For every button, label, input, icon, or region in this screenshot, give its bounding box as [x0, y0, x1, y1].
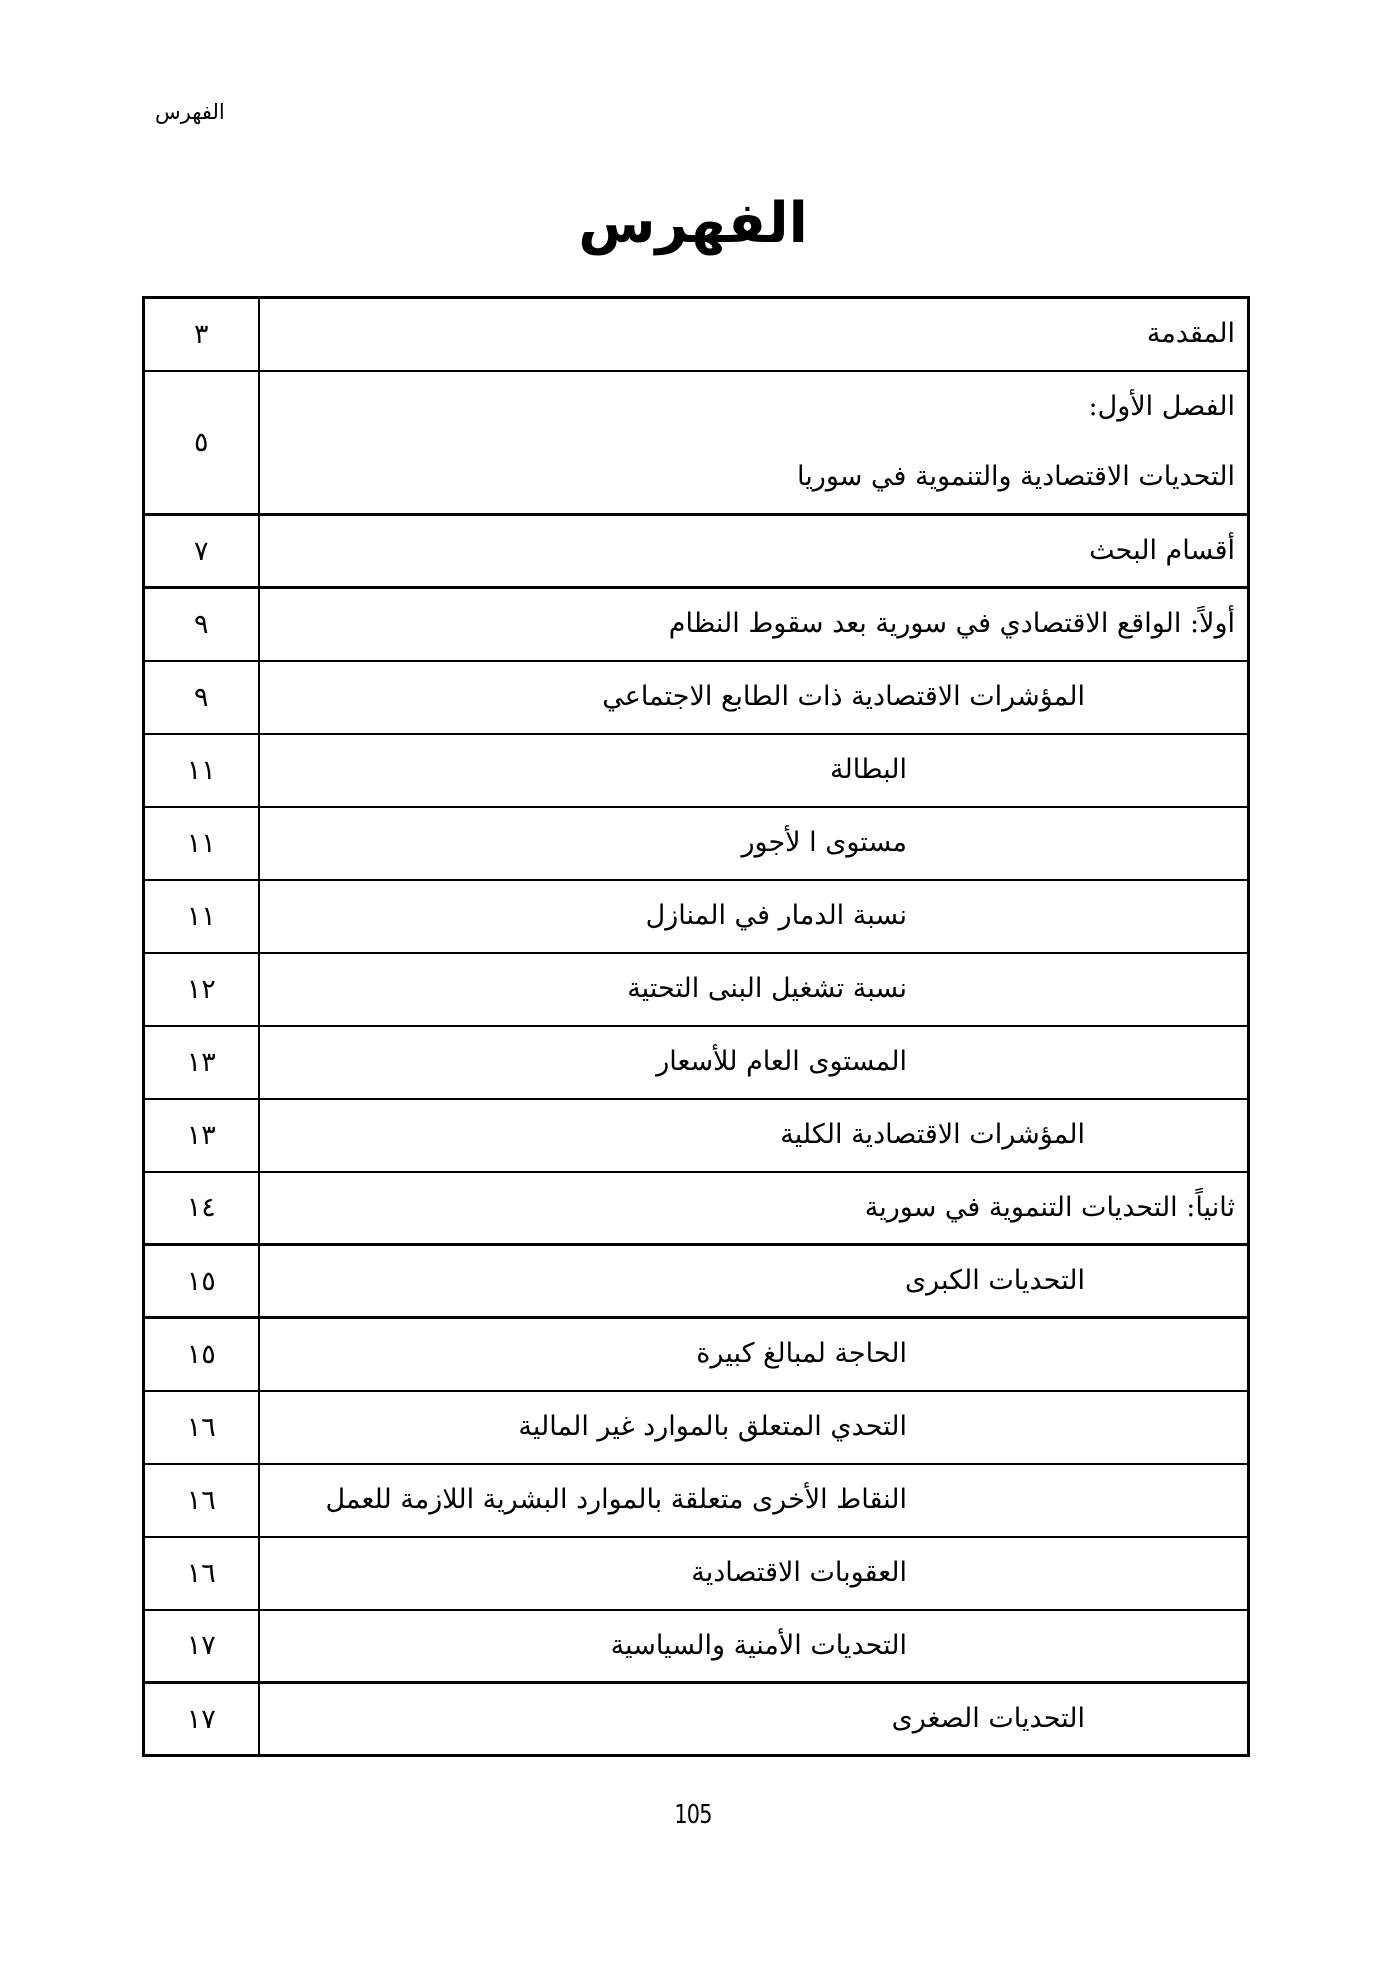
- toc-entry-page: ١٢: [144, 953, 259, 1026]
- toc-entry-page: ٥: [144, 371, 259, 515]
- toc-entry-page: ٩: [144, 588, 259, 661]
- toc-row: النقاط الأخرى متعلقة بالموارد البشرية ال…: [144, 1464, 1249, 1537]
- toc-row: الفصل الأول:التحديات الاقتصادية والتنموي…: [144, 371, 1249, 515]
- toc-entry-title[interactable]: الفصل الأول:التحديات الاقتصادية والتنموي…: [259, 371, 1249, 515]
- toc-entry-line: المؤشرات الاقتصادية الكلية: [260, 1117, 1086, 1153]
- toc-row: التحديات الكبرى ١٥: [144, 1245, 1249, 1318]
- toc-entry-title[interactable]: مستوى ا لأجور: [259, 807, 1249, 880]
- toc-entry-title[interactable]: نسبة الدمار في المنازل: [259, 880, 1249, 953]
- toc-entry-line: الحاجة لمبالغ كبيرة: [260, 1336, 908, 1372]
- toc-entry-title[interactable]: التحديات الكبرى: [259, 1245, 1249, 1318]
- toc-entry-title[interactable]: النقاط الأخرى متعلقة بالموارد البشرية ال…: [259, 1464, 1249, 1537]
- toc-entry-page: ١١: [144, 880, 259, 953]
- running-header: الفهرس: [155, 100, 225, 124]
- toc-row: المؤشرات الاقتصادية الكلية ١٣: [144, 1099, 1249, 1172]
- toc-row: التحدي المتعلق بالموارد غير المالية ١٦: [144, 1391, 1249, 1464]
- toc-entry-page: ١٦: [144, 1464, 259, 1537]
- toc-row: ثانياً: التحديات التنموية في سورية ١٤: [144, 1172, 1249, 1245]
- toc-entry-line: أقسام البحث: [260, 533, 1236, 569]
- table-of-contents: المقدمة ٣ الفصل الأول:التحديات الاقتصادي…: [142, 296, 1250, 1757]
- toc-entry-line: المستوى العام للأسعار: [260, 1044, 908, 1080]
- toc-entry-page: ١٧: [144, 1610, 259, 1683]
- toc-row: العقوبات الاقتصادية ١٦: [144, 1537, 1249, 1610]
- toc-entry-page: ٧: [144, 515, 259, 588]
- toc-entry-title[interactable]: التحديات الصغرى: [259, 1683, 1249, 1756]
- toc-entry-page: ١١: [144, 807, 259, 880]
- toc-row: مستوى ا لأجور ١١: [144, 807, 1249, 880]
- toc-entry-line: المؤشرات الاقتصادية ذات الطابع الاجتماعي: [260, 679, 1086, 715]
- toc-row: المقدمة ٣: [144, 298, 1249, 371]
- toc-row: نسبة تشغيل البنى التحتية ١٢: [144, 953, 1249, 1026]
- toc-entry-line: أولاً: الواقع الاقتصادي في سورية بعد سقو…: [260, 606, 1236, 642]
- toc-entry-title[interactable]: التحديات الأمنية والسياسية: [259, 1610, 1249, 1683]
- page-title: الفهرس: [0, 184, 1386, 264]
- page-number: 105: [139, 1800, 1248, 1830]
- toc-entry-line: التحديات الأمنية والسياسية: [260, 1628, 908, 1664]
- toc-row: أقسام البحث ٧: [144, 515, 1249, 588]
- toc-entry-title[interactable]: أولاً: الواقع الاقتصادي في سورية بعد سقو…: [259, 588, 1249, 661]
- toc-entry-title[interactable]: أقسام البحث: [259, 515, 1249, 588]
- toc-entry-line: النقاط الأخرى متعلقة بالموارد البشرية ال…: [260, 1482, 908, 1518]
- toc-entry-page: ١٥: [144, 1245, 259, 1318]
- toc-row: أولاً: الواقع الاقتصادي في سورية بعد سقو…: [144, 588, 1249, 661]
- toc-entry-title[interactable]: الحاجة لمبالغ كبيرة: [259, 1318, 1249, 1391]
- toc-entry-line: التحديات الاقتصادية والتنموية في سوريا: [260, 459, 1236, 495]
- toc-entry-page: ١٣: [144, 1099, 259, 1172]
- toc-entry-title[interactable]: المستوى العام للأسعار: [259, 1026, 1249, 1099]
- toc-entry-line: نسبة تشغيل البنى التحتية: [260, 971, 908, 1007]
- toc-entry-title[interactable]: المؤشرات الاقتصادية ذات الطابع الاجتماعي: [259, 661, 1249, 734]
- toc-entry-title[interactable]: البطالة: [259, 734, 1249, 807]
- toc-entry-page: ١٦: [144, 1391, 259, 1464]
- toc-entry-title[interactable]: المؤشرات الاقتصادية الكلية: [259, 1099, 1249, 1172]
- toc-entry-page: ١٧: [144, 1683, 259, 1756]
- toc-entry-line: مستوى ا لأجور: [260, 825, 908, 861]
- toc-entry-page: ١٦: [144, 1537, 259, 1610]
- toc-row: المؤشرات الاقتصادية ذات الطابع الاجتماعي…: [144, 661, 1249, 734]
- toc-entry-page: ١١: [144, 734, 259, 807]
- toc-entry-line: البطالة: [260, 752, 908, 788]
- toc-entry-title[interactable]: التحدي المتعلق بالموارد غير المالية: [259, 1391, 1249, 1464]
- toc-row: المستوى العام للأسعار ١٣: [144, 1026, 1249, 1099]
- toc-entry-line: العقوبات الاقتصادية: [260, 1555, 908, 1591]
- toc-entry-page: ١٣: [144, 1026, 259, 1099]
- toc-entry-line: الفصل الأول:: [260, 389, 1236, 425]
- toc-row: التحديات الأمنية والسياسية ١٧: [144, 1610, 1249, 1683]
- toc-entry-line: نسبة الدمار في المنازل: [260, 898, 908, 934]
- toc-entry-page: ١٥: [144, 1318, 259, 1391]
- toc-row: الحاجة لمبالغ كبيرة ١٥: [144, 1318, 1249, 1391]
- toc-entry-title[interactable]: المقدمة: [259, 298, 1249, 371]
- toc-row: التحديات الصغرى ١٧: [144, 1683, 1249, 1756]
- toc-entry-title[interactable]: العقوبات الاقتصادية: [259, 1537, 1249, 1610]
- toc-entry-page: ٩: [144, 661, 259, 734]
- toc-body: المقدمة ٣ الفصل الأول:التحديات الاقتصادي…: [144, 298, 1249, 1756]
- toc-entry-page: ١٤: [144, 1172, 259, 1245]
- toc-entry-line: ثانياً: التحديات التنموية في سورية: [260, 1190, 1236, 1226]
- toc-entry-title[interactable]: نسبة تشغيل البنى التحتية: [259, 953, 1249, 1026]
- toc-entry-line: المقدمة: [260, 316, 1236, 352]
- toc-entry-line: التحديات الصغرى: [260, 1701, 1086, 1737]
- toc-entry-line: التحدي المتعلق بالموارد غير المالية: [260, 1409, 908, 1445]
- toc-entry-title[interactable]: ثانياً: التحديات التنموية في سورية: [259, 1172, 1249, 1245]
- toc-row: البطالة ١١: [144, 734, 1249, 807]
- toc-row: نسبة الدمار في المنازل ١١: [144, 880, 1249, 953]
- toc-entry-line: التحديات الكبرى: [260, 1263, 1086, 1299]
- toc-entry-page: ٣: [144, 298, 259, 371]
